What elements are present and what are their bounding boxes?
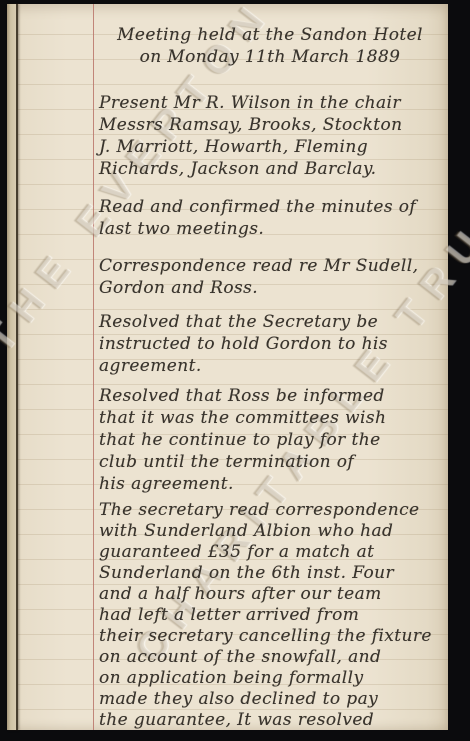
manuscript-line: Sunderland on the 6th inst. Four bbox=[99, 563, 441, 584]
manuscript-line: Messrs Ramsay, Brooks, Stockton bbox=[99, 114, 441, 136]
manuscript-page: THE EVERTON COLLECTION CHARITABLE TRUST … bbox=[7, 4, 448, 730]
paragraph-resolved-gordon: Resolved that the Secretary be instructe… bbox=[99, 311, 441, 377]
heading-line: on Monday 11th March 1889 bbox=[99, 46, 441, 68]
paragraph-correspondence: Correspondence read re Mr Sudell, Gordon… bbox=[99, 255, 441, 299]
manuscript-line: Correspondence read re Mr Sudell, bbox=[99, 255, 441, 277]
manuscript-line: The secretary read correspondence bbox=[99, 500, 441, 521]
manuscript-line: instructed to hold Gordon to his bbox=[99, 333, 441, 355]
red-margin-rule bbox=[93, 4, 94, 730]
heading-line: Meeting held at the Sandon Hotel bbox=[99, 24, 441, 46]
manuscript-line: the guarantee, It was resolved bbox=[99, 710, 441, 731]
paragraph-present: Present Mr R. Wilson in the chair Messrs… bbox=[99, 92, 441, 180]
manuscript-line: his agreement. bbox=[99, 473, 441, 495]
manuscript-line: Present Mr R. Wilson in the chair bbox=[99, 92, 441, 114]
entry-heading: Meeting held at the Sandon Hotel on Mond… bbox=[99, 24, 441, 68]
manuscript-line: their secretary cancelling the fixture bbox=[99, 626, 441, 647]
manuscript-line: with Sunderland Albion who had bbox=[99, 521, 441, 542]
manuscript-line: Resolved that Ross be informed bbox=[99, 385, 441, 407]
manuscript-line: guaranteed £35 for a match at bbox=[99, 542, 441, 563]
manuscript-line: Gordon and Ross. bbox=[99, 277, 441, 299]
paragraph-resolved-ross: Resolved that Ross be informed that it w… bbox=[99, 385, 441, 495]
manuscript-line: and a half hours after our team bbox=[99, 584, 441, 605]
manuscript-line: last two meetings. bbox=[99, 218, 441, 240]
manuscript-line: had left a letter arrived from bbox=[99, 605, 441, 626]
paragraph-minutes: Read and confirmed the minutes of last t… bbox=[99, 196, 441, 240]
manuscript-line: that he continue to play for the bbox=[99, 429, 441, 451]
manuscript-line: on application being formally bbox=[99, 668, 441, 689]
binding-gutter-edge bbox=[7, 4, 18, 730]
manuscript-line: that it was the committees wish bbox=[99, 407, 441, 429]
manuscript-line: on account of the snowfall, and bbox=[99, 647, 441, 668]
paragraph-sunderland-albion: The secretary read correspondence with S… bbox=[99, 500, 441, 731]
manuscript-line: J. Marriott, Howarth, Fleming bbox=[99, 136, 441, 158]
manuscript-line: Read and confirmed the minutes of bbox=[99, 196, 441, 218]
manuscript-line: club until the termination of bbox=[99, 451, 441, 473]
manuscript-line: Resolved that the Secretary be bbox=[99, 311, 441, 333]
scanned-minute-book-page: { "document": { "heading_lines": [ "Meet… bbox=[0, 0, 470, 741]
manuscript-line: Richards, Jackson and Barclay. bbox=[99, 158, 441, 180]
manuscript-line: made they also declined to pay bbox=[99, 689, 441, 710]
manuscript-line: agreement. bbox=[99, 355, 441, 377]
